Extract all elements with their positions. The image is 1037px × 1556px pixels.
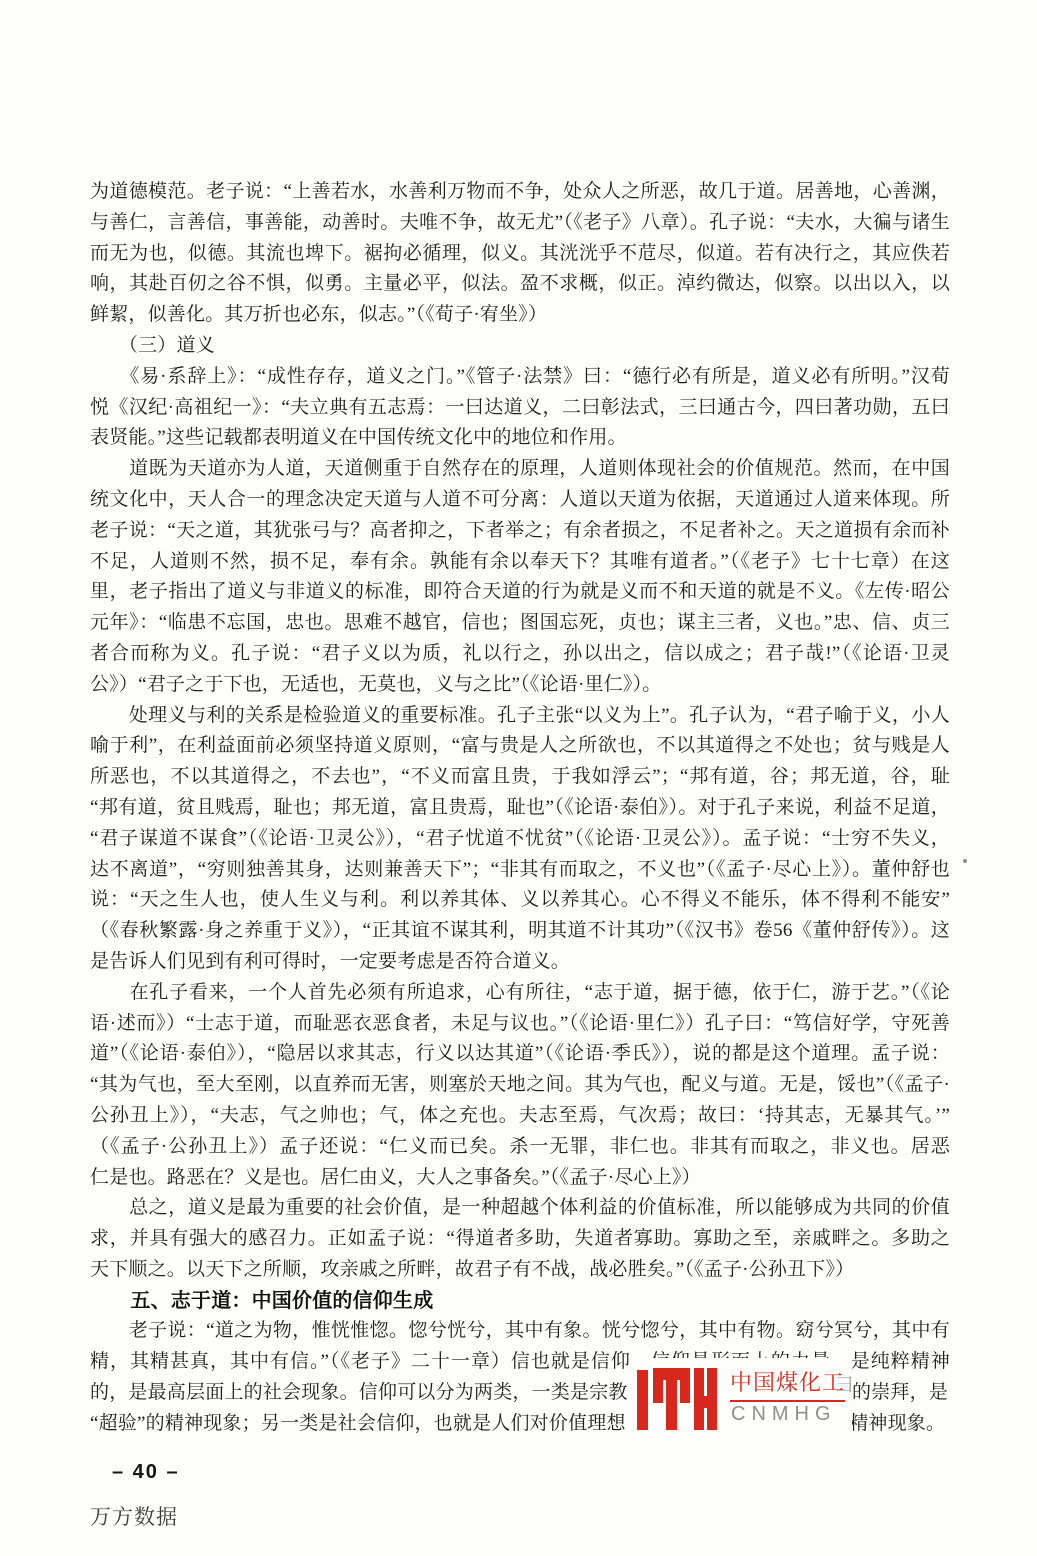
scan-speck — [963, 859, 967, 863]
text-line: 说：“天之生人也，使人生义与利。利以养其体、义以养其心。心不得义不能乐，体不得利… — [90, 885, 950, 916]
text-line: 而无为也，似德。其流也埤下。裾拘必循理，似义。其洸洸乎不苊尽，似道。若有决行之，… — [90, 239, 950, 270]
text-line: 里，老子指出了道义与非道义的标准，即符合天道的行为就是义而不和天道的就是不义。《… — [90, 577, 950, 608]
text-line: 道”（《论语·泰伯》），“隐居以求其志，行义以达其道”（《论语·季氏》），说的都… — [90, 1039, 950, 1070]
text-line: 达不离道”，“穷则独善其身，达则兼善天下”；“非其有而取之，不义也”（《孟子·尽… — [90, 855, 950, 886]
text-line: 不足，人道则不然，损不足，奉有余。孰能有余以奉天下？其唯有道者。”（《老子》七十… — [90, 547, 950, 578]
text-line: 喻于利”，在利益面前必须坚持道义原则，“富与贵是人之所欲也，不以其道得之不处也；… — [90, 731, 950, 762]
watermark-brand-cn: 中国煤化工 — [730, 1366, 845, 1402]
wanfang-data-watermark: 万方数据 — [90, 1501, 178, 1531]
text-line: 悦《汉纪·高祖纪一》：“夫立典有五志焉：一曰达道义，二曰彰法式，三曰通古今，四曰… — [90, 393, 950, 424]
text-line: 公》）“君子之于下也，无适也，无莫也，义与之比”（《论语·里仁》）。 — [90, 670, 950, 701]
text-line: 表贤能。”这些记载都表明道义在中国传统文化中的地位和作用。 — [90, 423, 950, 454]
section-heading: 五、志于道：中国价值的信仰生成 — [90, 1286, 950, 1317]
text-fragment-after-watermark-1: 的崇拜，是 — [852, 1378, 948, 1409]
text-line: “邦有道，贫且贱焉，耻也；邦无道，富且贵焉，耻也”（《论语·泰伯》）。对于孔子来… — [90, 793, 950, 824]
text-line: 天下顺之。以天下之所顺，攻亲戚之所畔，故君子有不战，战必胜矣。”（《孟子·公孙丑… — [90, 1255, 950, 1286]
text-line: 语·述而》）“士志于道，而耻恶衣恶食者，未足与议也。”（《论语·里仁》）孔子曰：… — [90, 1009, 950, 1040]
coal-logo-icon — [637, 1368, 717, 1430]
text-line: 响，其赴百仞之谷不惧，似勇。主量必平，似法。盈不求概，似正。淖约微达，似察。以出… — [90, 269, 950, 300]
covered-char-remnant: 彐 — [835, 1370, 854, 1397]
text-line: （《孟子·公孙丑上》）孟子还说：“仁义而已矣。杀一无罪，非仁也。非其有而取之，非… — [90, 1132, 950, 1163]
page: 为道德模范。老子说：“上善若水，水善利万物而不争，处众人之所恶，故几于道。居善地… — [0, 0, 1037, 1556]
text-line: 道既为天道亦为人道，天道侧重于自然存在的原理，人道则体现社会的价值规范。然而，在… — [90, 454, 950, 485]
text-line: “其为气也，至大至刚，以直养而无害，则塞於天地之间。其为气也，配义与道。无是，馁… — [90, 1070, 950, 1101]
text-line: “君子谋道不谋食”（《论语·卫灵公》），“君子忧道不忧贫”（《论语·卫灵公》）。… — [90, 824, 950, 855]
text-line: 《易·系辞上》：“成性存存，道义之门。”《管子·法禁》曰：“德行必有所是，道义必… — [90, 362, 950, 393]
text-line: 所恶也，不以其道得之，不去也”，“不义而富且贵，于我如浮云”；“邦有道，谷；邦无… — [90, 762, 950, 793]
text-line: 总之，道义是最为重要的社会价值，是一种超越个体利益的价值标准，所以能够成为共同的… — [90, 1193, 950, 1224]
text-line: 与善仁，言善信，事善能，动善时。夫唯不争，故无尤”（《老子》八章）。孔子说：“夫… — [90, 208, 950, 239]
text-line: 求，并具有强大的感召力。正如孟子说：“得道者多助，失道者寡助。寡助之至，亲戚畔之… — [90, 1224, 950, 1255]
text-line: 老子说：“天之道，其犹张弓与？高者抑之，下者举之；有余者损之，不足者补之。天之道… — [90, 516, 950, 547]
text-block: 为道德模范。老子说：“上善若水，水善利万物而不争，处众人之所恶，故几于道。居善地… — [90, 177, 950, 1440]
text-line: 元年》：“临患不忘国，忠也。思难不越官，信也；图国忘死，贞也；谋主三者，义也。”… — [90, 608, 950, 639]
text-line: 是告诉人们见到有利可得时，一定要考虑是否符合道义。 — [90, 947, 950, 978]
text-line: 统文化中，天人合一的理念决定天道与人道不可分离：人道以天道为依据，天道通过人道来… — [90, 485, 950, 516]
text-line: 公孙丑上》），“夫志，气之帅也；气，体之充也。夫志至焉，气次焉；故曰：‘持其志，… — [90, 1101, 950, 1132]
page-number: – 40 – — [112, 1461, 180, 1484]
text-line: 者合而称为义。孔子说：“君子义以为质，礼以行之，孙以出之，信以成之；君子哉!”（… — [90, 639, 950, 670]
text-line: 鲜絜，似善化。其万折也必东，似志。”（《荀子·宥坐》） — [90, 300, 950, 331]
text-line: 为道德模范。老子说：“上善若水，水善利万物而不争，处众人之所恶，故几于道。居善地… — [90, 177, 950, 208]
text-line: 仁是也。路恶在？义是也。居仁由义，大人之事备矣。”（《孟子·尽心上》） — [90, 1163, 950, 1194]
text-line: （《春秋繁露·身之养重于义》），“正其谊不谋其利，明其道不计其功”（《汉书》卷5… — [90, 916, 950, 947]
text-line: 老子说：“道之为物，惟恍惟惚。惚兮恍兮，其中有象。恍兮惚兮，其中有物。窈兮冥兮，… — [90, 1316, 950, 1347]
text-line: （三）道义 — [90, 331, 950, 362]
watermark-brand-en: CNMHG — [731, 1403, 837, 1426]
text-line: 在孔子看来，一个人首先必须有所追求，心有所往，“志于道，据于德，依于仁，游于艺。… — [90, 978, 950, 1009]
coal-watermark: 中国煤化工 CNMHG 彐 — [630, 1358, 852, 1442]
text-line: 处理义与利的关系是检验道义的重要标准。孔子主张“以义为上”。孔子认为，“君子喻于… — [90, 701, 950, 732]
